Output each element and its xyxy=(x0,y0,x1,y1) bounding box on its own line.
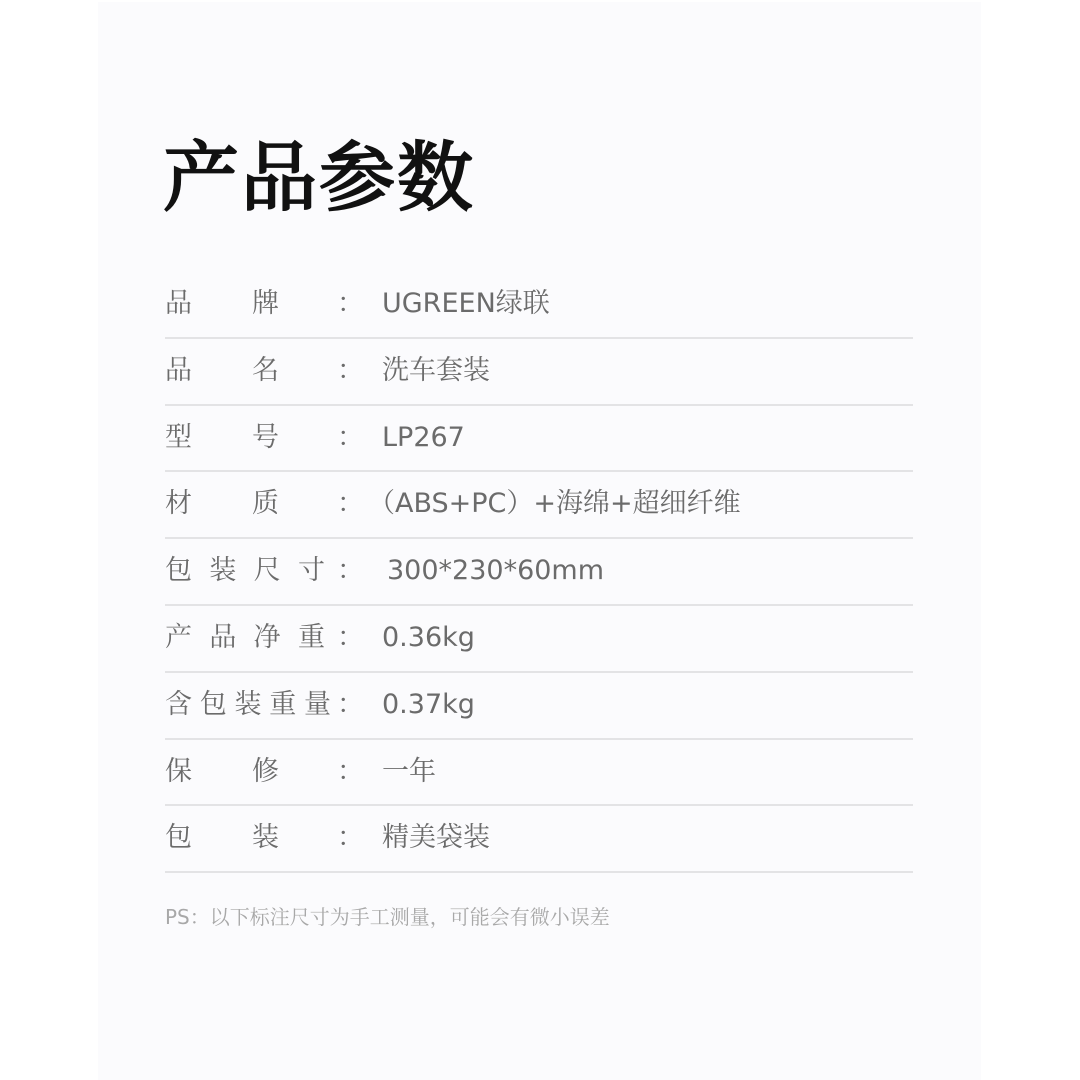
label-char: 修 xyxy=(252,754,279,790)
label-char: 含 xyxy=(165,687,192,723)
label-char: 重 xyxy=(269,687,296,723)
spec-colon: ： xyxy=(337,420,364,456)
spec-label: 型 号 xyxy=(165,420,279,456)
spec-row-gross-weight: 含 包 装 重 量 ： 0.37kg xyxy=(165,673,913,740)
measurement-note: PS：以下标注尺寸为手工测量，可能会有微小误差 xyxy=(165,904,610,930)
spec-label: 产 品 净 重 xyxy=(165,620,325,656)
label-char: 包 xyxy=(165,553,192,589)
page-title: 产品参数 xyxy=(163,140,475,216)
label-char: 牌 xyxy=(252,286,279,322)
label-char: 重 xyxy=(298,620,325,656)
label-char: 装 xyxy=(209,553,236,589)
label-char: 包 xyxy=(200,687,227,723)
spec-colon: ： xyxy=(337,353,364,389)
label-char: 量 xyxy=(304,687,331,723)
spec-row-model: 型 号 ： LP267 xyxy=(165,406,913,473)
spec-label: 材 质 xyxy=(165,486,279,522)
spec-row-product-name: 品 名 ： 洗车套装 xyxy=(165,339,913,406)
spec-colon: ： xyxy=(337,286,364,322)
label-char: 品 xyxy=(165,286,192,322)
spec-value-brand: UGREEN绿联 xyxy=(382,286,550,322)
spec-value-model: LP267 xyxy=(382,420,465,456)
label-char: 保 xyxy=(165,754,192,790)
label-char: 品 xyxy=(209,620,236,656)
spec-label: 含 包 装 重 量 xyxy=(165,687,331,723)
label-char: 净 xyxy=(254,620,281,656)
spec-value-gross-weight: 0.37kg xyxy=(382,687,475,723)
label-char: 材 xyxy=(165,486,192,522)
label-char: 名 xyxy=(252,353,279,389)
label-char: 号 xyxy=(252,420,279,456)
label-char: 产 xyxy=(165,620,192,656)
spec-label: 保 修 xyxy=(165,754,279,790)
spec-label: 包 装 xyxy=(165,820,279,856)
label-char: 装 xyxy=(235,687,262,723)
spec-table: 品 牌 ： UGREEN绿联 品 名 ： 洗车套装 型 号 ： LP267 材 … xyxy=(165,272,913,873)
label-char: 尺 xyxy=(254,553,281,589)
spec-value-packaging: 精美袋装 xyxy=(382,820,490,856)
spec-colon: ： xyxy=(337,486,364,522)
spec-row-package-size: 包 装 尺 寸 ： 300*230*60mm xyxy=(165,539,913,606)
label-char: 包 xyxy=(165,820,192,856)
spec-row-brand: 品 牌 ： UGREEN绿联 xyxy=(165,272,913,339)
spec-label: 品 名 xyxy=(165,353,279,389)
spec-value-material: （ABS+PC）+海绵+超细纤维 xyxy=(368,486,741,522)
spec-row-material: 材 质 ： （ABS+PC）+海绵+超细纤维 xyxy=(165,472,913,539)
label-char: 品 xyxy=(165,353,192,389)
spec-value-package-size: 300*230*60mm xyxy=(387,553,604,589)
spec-label: 品 牌 xyxy=(165,286,279,322)
label-char: 型 xyxy=(165,420,192,456)
spec-colon: ： xyxy=(337,553,364,589)
spec-colon: ： xyxy=(337,754,364,790)
spec-value-warranty: 一年 xyxy=(382,754,436,790)
label-char: 质 xyxy=(252,486,279,522)
spec-value-product-name: 洗车套装 xyxy=(382,353,490,389)
spec-label: 包 装 尺 寸 xyxy=(165,553,325,589)
spec-row-packaging: 包 装 ： 精美袋装 xyxy=(165,806,913,873)
label-char: 寸 xyxy=(298,553,325,589)
spec-colon: ： xyxy=(337,820,364,856)
label-char: 装 xyxy=(252,820,279,856)
spec-value-net-weight: 0.36kg xyxy=(382,620,475,656)
spec-row-warranty: 保 修 ： 一年 xyxy=(165,740,913,807)
spec-colon: ： xyxy=(337,687,364,723)
spec-colon: ： xyxy=(337,620,364,656)
spec-row-net-weight: 产 品 净 重 ： 0.36kg xyxy=(165,606,913,673)
